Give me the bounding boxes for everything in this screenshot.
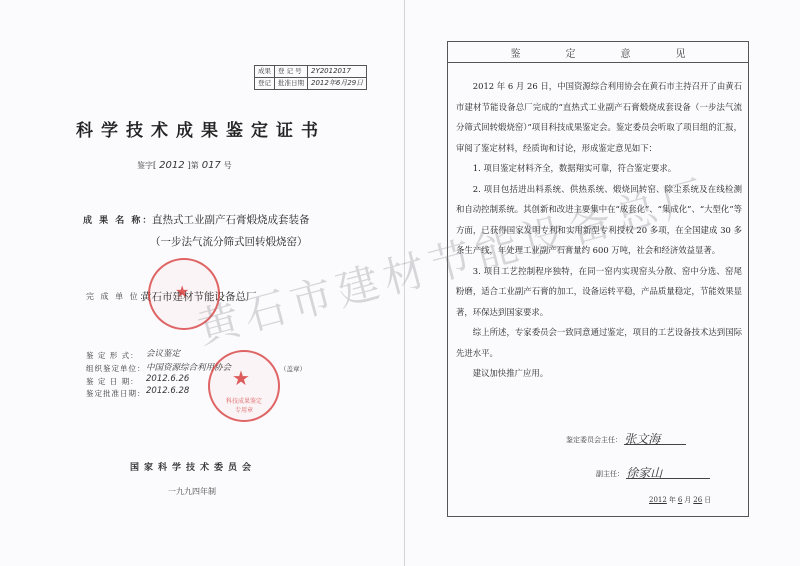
appraisal-opinion-box: 鉴 定 意 见 2012 年 6 月 26 日，中国资源综合利用协会在黄石市主持… — [447, 41, 749, 517]
organizing-unit-label: 组织鉴定单位： — [86, 363, 146, 374]
registration-approval-date: 2012年6月29日 — [308, 78, 367, 90]
cert-number-prefix: 鉴字[ — [137, 161, 156, 170]
seal-star-icon: ★ — [175, 282, 189, 301]
opinion-header: 鉴 定 意 见 — [448, 42, 748, 63]
cert-number-middle: ]第 — [188, 161, 199, 170]
achievement-name-line2: （一步法气流分筛式回转煅烧窑） — [150, 234, 308, 249]
seal-star-icon: ★ — [232, 366, 250, 390]
association-seal: ★ 科技成果鉴定专用章 — [208, 350, 280, 422]
certificate-cover-page: 成果 登 记 号 2Y2012017 登记 批准日期 2012年6月29日 科学… — [0, 0, 405, 566]
vice-chairman-signature-row: 副主任： 徐家山 — [596, 464, 710, 479]
certificate-title: 科学技术成果鉴定证书 — [76, 116, 326, 141]
cert-number-value: 017 — [199, 160, 224, 171]
vice-chairman-signature: 徐家山 — [626, 464, 710, 479]
approval-date: 2012.6.28 — [146, 386, 189, 396]
appraisal-date-label: 鉴 定 日 期： — [86, 376, 139, 387]
achievement-name-line1: 直热式工业副产石膏煅烧成套装备 — [152, 212, 310, 227]
reg-label-b: 登 记 号 — [275, 66, 308, 78]
cert-number-year: 2012 — [156, 160, 187, 171]
chairman-label: 鉴定委员会主任： — [566, 436, 622, 444]
seal-inner-text: 科技成果鉴定专用章 — [224, 396, 264, 414]
reg-label-a: 成果 — [255, 66, 275, 78]
opinion-paragraph: 综上所述，专家委员会一致同意通过鉴定，项目的工艺设备技术达到国际先进水平。 — [456, 322, 742, 363]
date-year-unit: 年 — [669, 496, 676, 504]
registration-number: 2Y2012017 — [308, 66, 367, 78]
achievement-name-label: 成 果 名 称： — [83, 213, 153, 226]
vice-chairman-label: 副主任： — [596, 470, 624, 478]
date-year: 2012 — [647, 496, 669, 504]
stamp-note: （盖章） — [280, 364, 306, 373]
date-day-unit: 日 — [704, 496, 711, 504]
appraisal-form: 会议鉴定 — [146, 347, 180, 359]
opinion-paragraph: 1. 项目鉴定材料齐全，数据翔实可靠，符合鉴定要求。 — [456, 158, 742, 179]
opinion-body: 2012 年 6 月 26 日，中国资源综合利用协会在黄石市主持召开了由黄石市建… — [456, 76, 742, 384]
opinion-paragraph: 3. 项目工艺控制程序独特，在同一窑内实现窑头分散、窑中分选、窑尾粉磨，适合工业… — [456, 261, 742, 323]
certificate-number: 鉴字[2012]第017号 — [137, 160, 232, 171]
header-char: 定 — [566, 45, 576, 60]
header-char: 意 — [621, 45, 631, 60]
reg-label-b2: 批准日期 — [275, 78, 308, 90]
date-day: 26 — [691, 496, 704, 504]
approval-date-label: 鉴定批准日期： — [86, 388, 146, 399]
opinion-paragraph: 2012 年 6 月 26 日，中国资源综合利用协会在黄石市主持召开了由黄石市建… — [456, 76, 742, 158]
chairman-signature-row: 鉴定委员会主任： 张文海 — [566, 430, 686, 445]
header-char: 见 — [676, 45, 686, 60]
opinion-paragraph: 2. 项目包括进出料系统、供热系统、煅烧回转窑、除尘系统及在线检测和自动控制系统… — [456, 179, 742, 261]
header-char: 鉴 — [511, 45, 521, 60]
company-seal: ★ — [148, 258, 220, 330]
appraisal-form-label: 鉴 定 形 式： — [86, 350, 139, 361]
chairman-signature: 张文海 — [624, 430, 686, 445]
issuer: 国家科学技术委员会 — [130, 460, 256, 473]
opinion-date: 2012年6月26日 — [647, 495, 711, 505]
cert-number-suffix: 号 — [224, 161, 232, 170]
registration-box: 成果 登 记 号 2Y2012017 登记 批准日期 2012年6月29日 — [254, 65, 367, 90]
edition: 一九九四年制 — [168, 486, 216, 497]
reg-label-a2: 登记 — [255, 78, 275, 90]
appraisal-date: 2012.6.26 — [146, 374, 189, 384]
opinion-paragraph: 建议加快推广应用。 — [456, 363, 742, 384]
